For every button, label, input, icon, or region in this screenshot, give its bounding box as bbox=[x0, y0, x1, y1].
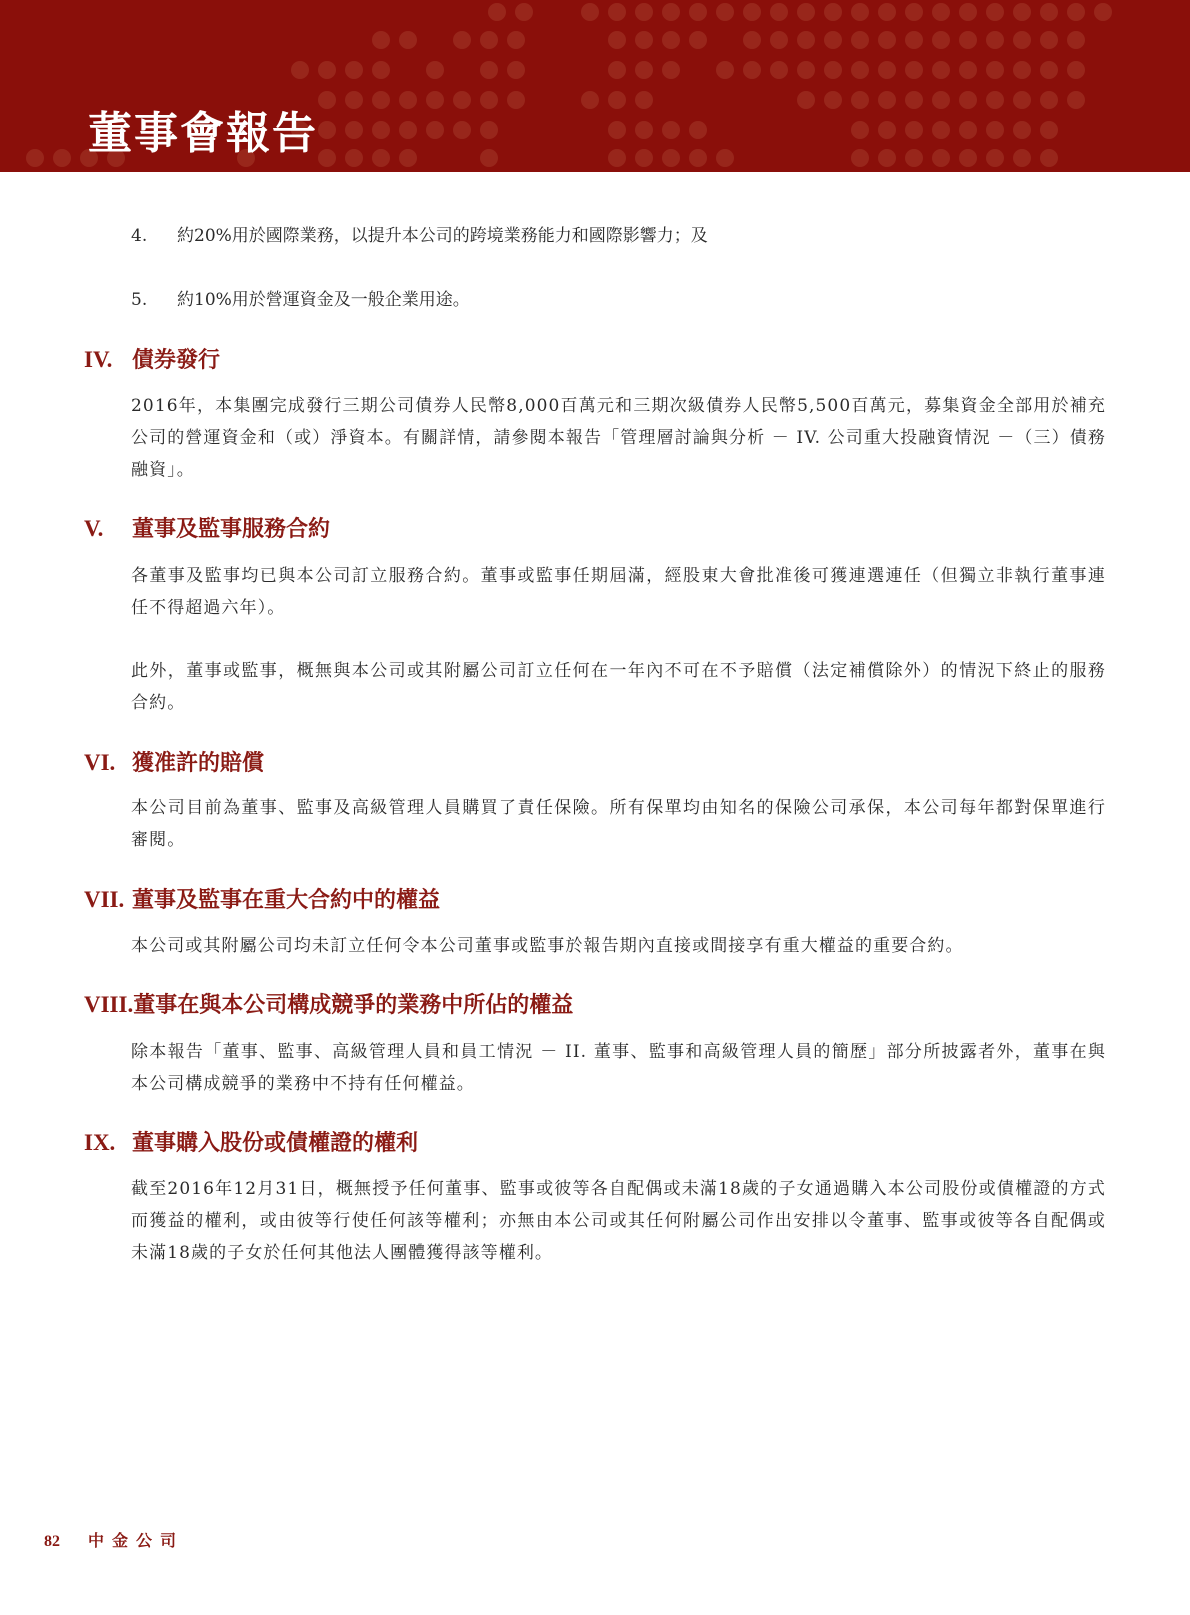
section-title: 獲准許的賠償 bbox=[132, 750, 264, 776]
section-title: 董事及監事服務合約 bbox=[132, 516, 330, 542]
section-number: V. bbox=[84, 514, 132, 544]
section-title: 董事購入股份或債權證的權利 bbox=[132, 1130, 418, 1156]
section-heading-viii: VIII.董事在與本公司構成競爭的業務中所佔的權益 bbox=[84, 990, 573, 1020]
page-number: 82 bbox=[44, 1533, 88, 1551]
section-number: IX. bbox=[84, 1128, 132, 1158]
section-paragraph: 2016年，本集團完成發行三期公司債券人民幣8,000百萬元和三期次級債券人民幣… bbox=[131, 390, 1106, 486]
section-title: 董事在與本公司構成競爭的業務中所佔的權益 bbox=[133, 992, 573, 1018]
list-text: 約20%用於國際業務，以提升本公司的跨境業務能力和國際影響力；及 bbox=[177, 226, 708, 246]
section-title: 董事及監事在重大合約中的權益 bbox=[132, 887, 440, 913]
section-paragraph: 截至2016年12月31日，概無授予任何董事、監事或彼等各自配偶或未滿18歲的子… bbox=[131, 1173, 1106, 1269]
list-number: 5. bbox=[131, 288, 177, 312]
section-number: VI. bbox=[84, 748, 132, 778]
page-title: 董事會報告 bbox=[88, 108, 318, 160]
section-heading-vi: VI.獲准許的賠償 bbox=[84, 748, 264, 778]
section-number: VIII. bbox=[84, 990, 133, 1020]
company-name: 中金公司 bbox=[88, 1531, 184, 1550]
section-paragraph: 此外，董事或監事，概無與本公司或其附屬公司訂立任何在一年內不可在不予賠償（法定補… bbox=[131, 655, 1106, 719]
header-banner: 董事會報告 bbox=[0, 0, 1190, 172]
section-paragraph: 本公司或其附屬公司均未訂立任何令本公司董事或監事於報告期內直接或間接享有重大權益… bbox=[131, 930, 1106, 962]
section-heading-ix: IX.董事購入股份或債權證的權利 bbox=[84, 1128, 418, 1158]
list-item: 5.約10%用於營運資金及一般企業用途。 bbox=[131, 288, 470, 312]
section-number: VII. bbox=[84, 885, 132, 915]
page-footer: 82中金公司 bbox=[44, 1528, 184, 1551]
list-item: 4.約20%用於國際業務，以提升本公司的跨境業務能力和國際影響力；及 bbox=[131, 224, 708, 248]
list-number: 4. bbox=[131, 224, 177, 248]
list-text: 約10%用於營運資金及一般企業用途。 bbox=[177, 290, 470, 310]
section-paragraph: 本公司目前為董事、監事及高級管理人員購買了責任保險。所有保單均由知名的保險公司承… bbox=[131, 792, 1106, 856]
section-heading-vii: VII.董事及監事在重大合約中的權益 bbox=[84, 885, 440, 915]
section-title: 債券發行 bbox=[132, 347, 220, 373]
section-number: IV. bbox=[84, 345, 132, 375]
section-paragraph: 除本報告「董事、監事、高級管理人員和員工情況 － II. 董事、監事和高級管理人… bbox=[131, 1036, 1106, 1100]
section-heading-v: V.董事及監事服務合約 bbox=[84, 514, 330, 544]
section-paragraph: 各董事及監事均已與本公司訂立服務合約。董事或監事任期屆滿，經股東大會批准後可獲連… bbox=[131, 560, 1106, 624]
section-heading-iv: IV.債券發行 bbox=[84, 345, 220, 375]
